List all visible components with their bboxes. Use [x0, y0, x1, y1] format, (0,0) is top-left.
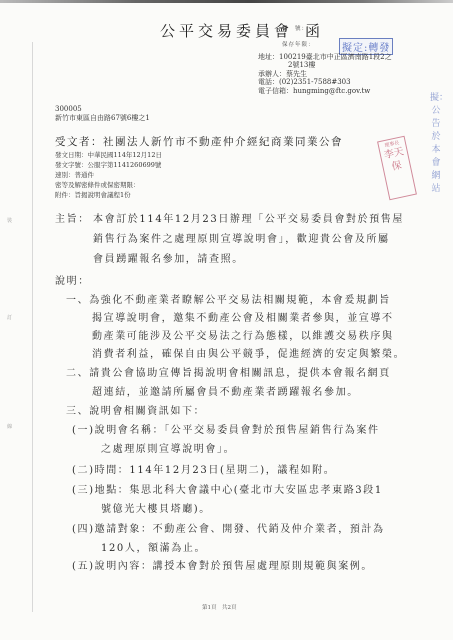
explanation-label: 說明： — [55, 272, 90, 287]
margin-mark-ding: 訂 — [7, 314, 12, 321]
sub-item-5-line-1: (五)說明內容：講授本會對於預售屋處理原則規範與案例。 — [72, 557, 373, 572]
speed-class: 速別：普通件 — [55, 171, 94, 181]
sub-item-3-line-1: (三)地點：集思北科大會議中心(臺北市大安區忠孝東路3段1 — [72, 481, 383, 496]
sub-item-1-line-1: (一)說明會名稱：「公平交易委員會對於預售屋銷售行為案件 — [72, 421, 380, 436]
item-2-line-2: 超連結，並邀請所屬會員不動產業者踴躍報名參加。 — [92, 383, 359, 398]
sender-phone: 電話：(02)2351-7588#303 — [258, 78, 392, 86]
attachment: 附件：旨揭說明會議程1份 — [55, 191, 131, 201]
sender-contact: 承辦人：蔡先生 — [258, 70, 392, 78]
item-1-line-3: 動產業可能涉及公平交易法之行為態樣，以維護交易秩序與 — [92, 327, 394, 342]
item-1-line-1: 一、為強化不動產業者瞭解公平交易法相關規範，本會爰規劃旨 — [66, 291, 391, 306]
recipient-label: 受文者： — [55, 136, 103, 148]
item-3-line-1: 三、說明會相關資訊如下： — [66, 402, 205, 417]
sub-item-4-line-1: (四)邀請對象：不動產公會、開發、代銷及仲介業者，預計為 — [72, 520, 385, 535]
vertical-blue-stamp: 擬：公告於本會網站 — [430, 92, 442, 196]
retention-label: 保存年限： — [282, 40, 315, 48]
street-address: 新竹市東區自由路67號6樓之1 — [55, 114, 150, 123]
sub-item-3-line-2: 號億光大樓貝塔廳)。 — [101, 500, 211, 515]
issue-date: 發文日期：中華民國114年12月12日 — [55, 151, 162, 161]
sub-item-2-line-1: (二)時間：114年12月23日(星期二)，議程如附。 — [72, 461, 335, 476]
scan-top-edge — [0, 0, 453, 3]
item-1-line-4: 消費者利益，確保自由與公平競爭，促進經濟的安定與繁榮。 — [92, 345, 405, 360]
doc-number: 發文字號：公服字第1141260699號 — [55, 161, 161, 171]
recipient-mailing-address: 300005 新竹市東區自由路67號6樓之1 — [55, 105, 150, 123]
sender-address: 地址：100219臺北市中正區濟南路1段2之 — [258, 53, 392, 61]
secrecy-level: 密等及解密條件或保密期限： — [55, 181, 140, 191]
subject-line-3: 會員踴躍報名參加，請查照。 — [93, 250, 244, 265]
subject-line-1: 本會訂於114年12月23日辦理「公平交易委員會對於預售屋 — [93, 210, 404, 225]
sender-address-cont: 2號13樓 — [258, 61, 392, 69]
recipient-name: 社團法人新竹市不動產仲介經紀商業同業公會 — [103, 136, 343, 148]
doc-type: 函 — [305, 22, 324, 40]
sender-email: 電子信箱：hungming@ftc.gov.tw — [258, 87, 392, 95]
subject-label: 主旨： — [55, 210, 90, 225]
margin-mark-xian: 線 — [7, 423, 12, 430]
binding-line — [32, 42, 33, 612]
postal-code: 300005 — [55, 105, 150, 114]
sub-item-4-line-2: 120人，額滿為止。 — [101, 539, 206, 554]
subject-line-2: 銷售行為案件之處理原則宣導說明會」，歡迎貴公會及所屬 — [93, 230, 390, 245]
sender-info: 地址：100219臺北市中正區濟南路1段2之 2號13樓 承辦人：蔡先生 電話：… — [258, 53, 392, 95]
page-number: 第1頁 共2頁 — [202, 603, 237, 611]
recipient-line: 受文者：社團法人新竹市不動產仲介經紀商業同業公會 — [55, 134, 343, 149]
margin-mark-zhuang: 裝 — [7, 217, 12, 224]
sub-item-1-line-2: 之處理原則宣導說明會」。 — [101, 440, 235, 455]
item-1-line-2: 揭宣導說明會，邀集不動產公會及相關業者參與，並宣導不 — [92, 309, 394, 324]
document-title: 公平交易委員會函 — [160, 20, 324, 41]
agency-name: 公平交易委員會 — [160, 22, 293, 40]
red-seal-stamp: 理事長 李天保 — [377, 136, 417, 201]
item-2-line-1: 二、請貴公會協助宣傳旨揭說明會相關訊息，提供本會報名網頁 — [66, 364, 391, 379]
seal-name: 李天保 — [383, 146, 405, 173]
